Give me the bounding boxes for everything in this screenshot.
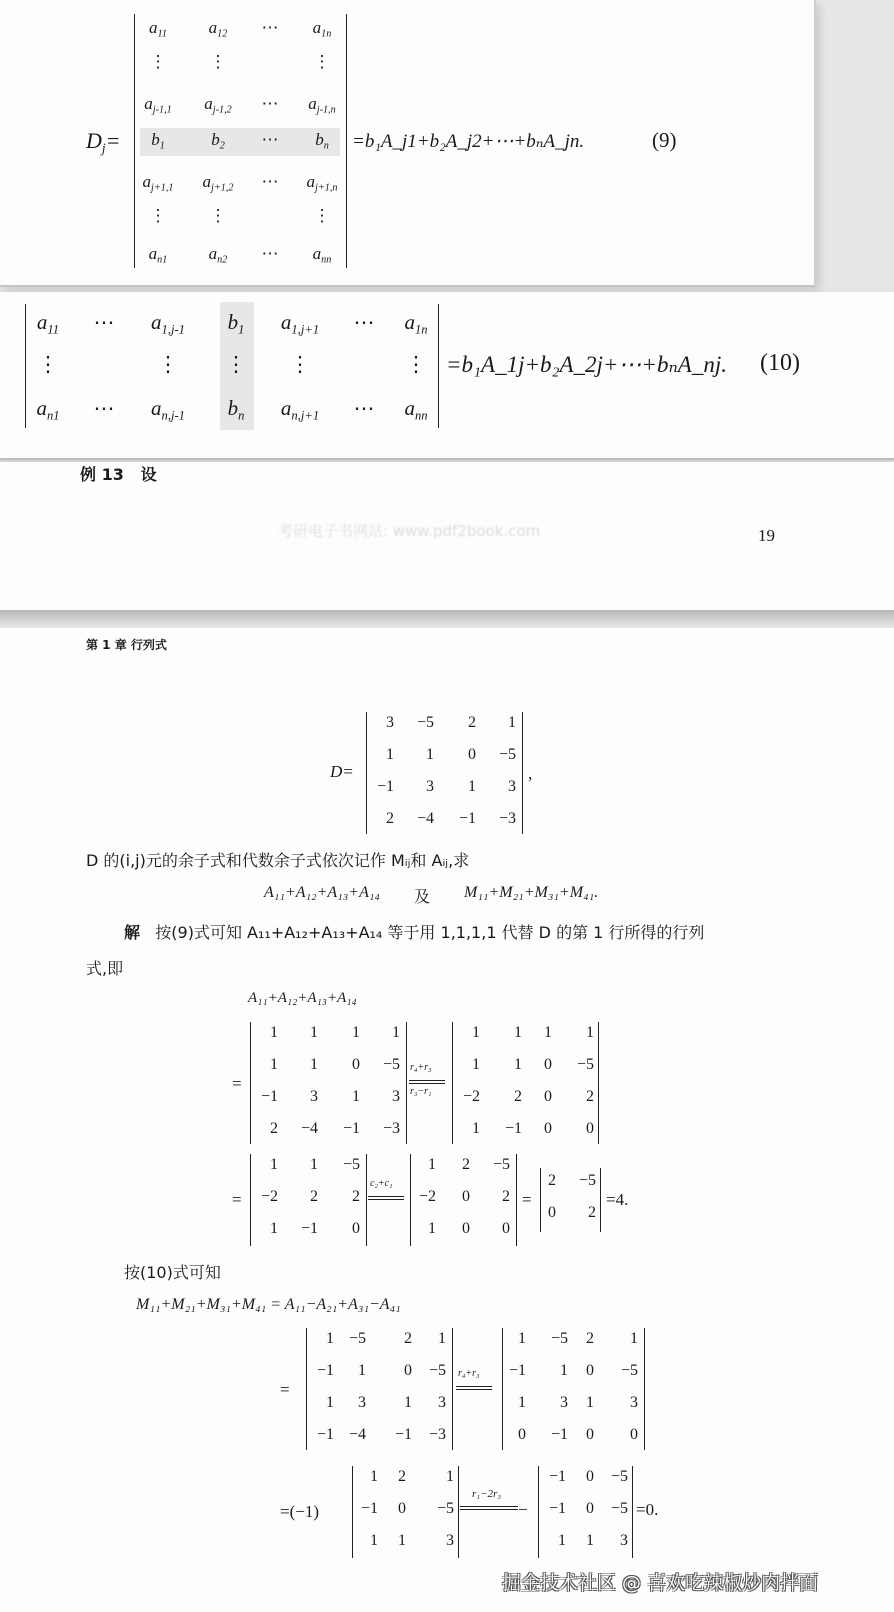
matrix-entry: −5 [320,1156,360,1174]
matrix-entry: bn [292,130,352,150]
matrix-entry: a1n [386,310,446,335]
matrix-entry: ann [292,244,352,264]
target-sum-a: A₁₁+A₁₂+A₁₃+A₁₄ [264,884,380,902]
matrix-entry: −5 [554,1056,594,1074]
matrix-entry: 1 [238,1024,278,1042]
matrix-entry: bn [206,396,266,421]
page-number: 19 [758,526,775,546]
bar [632,1466,633,1558]
matrix-entry: 3 [476,778,516,796]
page-fragment-formula-10: a11⋯a1,j-1b1a1,j+1⋯a1n⋮⋮⋮⋮⋮an1⋯an,j-1bna… [0,292,894,460]
op-label: r₃−r₁ [410,1086,431,1097]
matrix-entry: 1 [366,1532,406,1550]
bar [366,1154,367,1246]
matrix-entry: 2 [470,1188,510,1206]
matrix-d-lhs: D= [330,762,354,782]
matrix-entry: 1 [440,1056,480,1074]
matrix-entry: −2 [238,1188,278,1206]
by-formula-10: 按(10)式可知 [124,1260,221,1283]
matrix-entry: −5 [556,1172,596,1190]
matrix-entry: 1 [554,1394,594,1412]
matrix-entry: 2 [238,1120,278,1138]
equation-number-10: (10) [760,350,800,377]
matrix-entry: −1 [320,1120,360,1138]
matrix-entry: ⋮ [270,352,330,377]
matrix-entry: −5 [598,1362,638,1380]
bar [516,1154,517,1246]
matrix-entry: 3 [394,778,434,796]
matrix-entry: 1 [598,1330,638,1348]
bar [458,1466,459,1558]
matrix-entry: an2 [188,244,248,264]
matrix-entry: b2 [188,130,248,150]
page-fragment-formula-9: Dj= a11a12⋯a1n⋮⋮⋮aj-1,1aj-1,2⋯aj-1,nb1b2… [0,0,816,287]
matrix-entry: 1 [476,714,516,732]
result-0: =0. [636,1500,658,1520]
matrix-entry: aj+1,1 [128,172,188,192]
matrix-entry: 1 [360,1024,400,1042]
matrix-entry: 2 [436,714,476,732]
page-next: 第 1 章 行列式 D= 3−521110−5−13132−4−1−3 , D … [0,628,894,1612]
matrix-entry: 0 [554,1362,594,1380]
matrix-entry: 1 [278,1024,318,1042]
matrix-entry: −1 [238,1088,278,1106]
matrix-entry: 1 [554,1024,594,1042]
matrix-entry: −1 [278,1220,318,1238]
matrix-entry: 1 [440,1120,480,1138]
matrix-entry: ⋮ [292,206,352,226]
matrix-entry: 3 [278,1088,318,1106]
bar [406,1022,407,1144]
matrix-entry: 1 [354,746,394,764]
page-gap [0,610,894,628]
matrix-entry: ann [386,396,446,421]
matrix-entry: 3 [414,1532,454,1550]
matrix-entry: ⋮ [206,352,266,377]
matrix-entry: 3 [598,1394,638,1412]
matrix-entry: ⋯ [240,244,300,264]
matrix-entry: −5 [588,1468,628,1486]
matrix-entry: ⋯ [74,396,134,421]
matrix-entry: a1,j+1 [270,310,330,335]
matrix-entry: −3 [360,1120,400,1138]
matrix-entry: an1 [128,244,188,264]
matrix-entry: a1,j-1 [138,310,198,335]
op-label: r₄+r₃ [458,1368,479,1379]
matrix-entry: 1 [278,1056,318,1074]
matrix-entry: 0 [430,1220,470,1238]
matrix-entry: 1 [486,1394,526,1412]
and-word: 及 [414,884,430,907]
matrix-entry: 1 [436,778,476,796]
op-label: r₄+r₃ [410,1062,431,1073]
sum-m-label: M₁₁+M₂₁+M₃₁+M₄₁ = A₁₁−A₂₁+A₃₁−A₄₁ [136,1296,401,1314]
matrix-entry: ⋮ [386,352,446,377]
matrix-entry: aj-1,2 [188,94,248,114]
matrix-entry: 1 [238,1156,278,1174]
double-equals [460,1506,518,1510]
site-watermark: 考研电子书网站: www.pdf2book.com [278,520,540,541]
matrix-entry: −5 [476,746,516,764]
matrix-entry: 0 [598,1426,638,1444]
matrix-entry: 2 [556,1204,596,1222]
matrix-entry: 1 [326,1362,366,1380]
matrix-entry: −5 [588,1500,628,1518]
matrix-entry: 0 [512,1088,552,1106]
op-label: c₂+c₁ [370,1178,393,1189]
matrix-entry: 0 [512,1056,552,1074]
matrix-entry: −1 [354,778,394,796]
matrix-entry: b1 [206,310,266,335]
equation-number-9: (9) [652,128,677,153]
bar [600,1168,601,1232]
matrix-entry: b1 [128,130,188,150]
matrix-entry: −5 [360,1056,400,1074]
matrix-entry: ⋮ [128,206,188,226]
result-4: =4. [606,1190,628,1210]
sum-a-label: A₁₁+A₁₂+A₁₃+A₁₄ [248,990,357,1007]
matrix-entry: −4 [278,1120,318,1138]
matrix-entry: 2 [554,1088,594,1106]
matrix-entry: −5 [406,1362,446,1380]
matrix-entry: ⋯ [240,130,300,150]
matrix-entry: 2 [278,1188,318,1206]
matrix-entry: −3 [406,1426,446,1444]
matrix-entry: 2 [366,1468,406,1486]
matrix-entry: 0 [470,1220,510,1238]
double-equals [409,1080,445,1084]
matrix-entry: −5 [414,1500,454,1518]
matrix-entry: 1 [414,1468,454,1486]
matrix-entry: ⋯ [240,94,300,114]
equals: = [280,1380,290,1400]
matrix-entry: ⋯ [74,310,134,335]
matrix-entry: 0 [512,1120,552,1138]
matrix-entry: 2 [554,1330,594,1348]
matrix-entry: an,j+1 [270,396,330,421]
matrix-entry: 2 [354,810,394,828]
matrix-entry: 1 [486,1330,526,1348]
matrix-entry: 1 [320,1024,360,1042]
matrix-entry: 2 [516,1172,556,1190]
matrix-entry: an1 [18,396,78,421]
bar [452,1328,453,1450]
matrix-entry: 3 [326,1394,366,1412]
chapter-header: 第 1 章 行列式 [86,636,167,653]
matrix-entry: −4 [394,810,434,828]
matrix-entry: 2 [320,1188,360,1206]
comma: , [528,764,532,784]
matrix-entry: −1 [486,1362,526,1380]
matrix-entry: 0 [486,1426,526,1444]
determinant-bar-right [522,712,523,834]
matrix-entry: 1 [394,746,434,764]
matrix-entry: ⋯ [334,310,394,335]
solution-line: 解 按(9)式可知 A₁₁+A₁₂+A₁₃+A₁₄ 等于用 1,1,1,1 代替… [124,920,704,943]
matrix-entry: a11 [18,310,78,335]
bar [644,1328,645,1450]
matrix-entry: ⋯ [240,18,300,38]
matrix-entry: aj+1,2 [188,172,248,192]
bar [598,1022,599,1144]
overlay-watermark: 掘金技术社区 @ 喜欢吃辣椒炒肉拌面 [502,1568,818,1595]
page-fragment-footer: 例 13 设 考研电子书网站: www.pdf2book.com 19 [0,462,894,611]
matrix-entry: −5 [394,714,434,732]
op-label: r₁−2r₃ [472,1488,501,1500]
matrix-entry: 0 [436,746,476,764]
matrix-entry: 0 [554,1426,594,1444]
matrix-entry: ⋮ [188,52,248,72]
matrix-entry: an,j-1 [138,396,198,421]
matrix-entry: −1 [436,810,476,828]
matrix-entry: 0 [366,1500,406,1518]
matrix-entry: −2 [440,1088,480,1106]
matrix-entry: 1 [512,1024,552,1042]
matrix-entry: ⋮ [138,352,198,377]
matrix-entry: −4 [326,1426,366,1444]
matrix-entry: 0 [430,1188,470,1206]
matrix-entry: aj-1,1 [128,94,188,114]
matrix-entry: 1 [238,1056,278,1074]
matrix-entry: 1 [278,1156,318,1174]
matrix-entry: 0 [320,1056,360,1074]
matrix-entry: aj-1,n [292,94,352,114]
matrix-entry: 1 [406,1330,446,1348]
matrix-entry: 1 [238,1220,278,1238]
matrix-entry: a1n [292,18,352,38]
matrix-entry: ⋯ [240,172,300,192]
matrix-entry: −5 [470,1156,510,1174]
matrix-entry: −3 [476,810,516,828]
formula10-rhs: =b₁A_1j+b₂A_2j+⋯+bₙA_nj. [446,352,727,378]
target-sum-m: M₁₁+M₂₁+M₃₁+M₄₁. [464,884,598,902]
matrix-entry: aj+1,n [292,172,352,192]
matrix-entry: 0 [516,1204,556,1222]
matrix-entry: 2 [430,1156,470,1174]
matrix-entry: a11 [128,18,188,38]
matrix-entry: ⋮ [292,52,352,72]
matrix-entry: 1 [440,1024,480,1042]
matrix-entry: −5 [326,1330,366,1348]
matrix-entry: 1 [320,1088,360,1106]
matrix-entry: ⋮ [18,352,78,377]
prefix-minus-one: =(−1) [280,1502,319,1522]
matrix-entry: 0 [320,1220,360,1238]
definition-line: D 的(i,j)元的余子式和代数余子式依次记作 Mᵢⱼ和 Aᵢⱼ,求 [86,848,469,871]
double-equals [456,1386,492,1390]
matrix-entry: ⋮ [188,206,248,226]
example-heading: 例 13 设 [80,462,157,485]
matrix-entry: ⋮ [128,52,188,72]
matrix-entry: 0 [554,1120,594,1138]
matrix-entry: a12 [188,18,248,38]
matrix-entry: ⋯ [334,396,394,421]
solution-cont: 式,即 [86,956,123,979]
matrix-entry: 3 [354,714,394,732]
matrix-entry: 3 [406,1394,446,1412]
matrix-entry: 3 [588,1532,628,1550]
matrix-entry: 3 [360,1088,400,1106]
formula9-lhs: Dj= [86,128,120,154]
formula9-rhs: =b₁A_j1+b₂A_j2+⋯+bₙA_jn. [352,130,584,153]
